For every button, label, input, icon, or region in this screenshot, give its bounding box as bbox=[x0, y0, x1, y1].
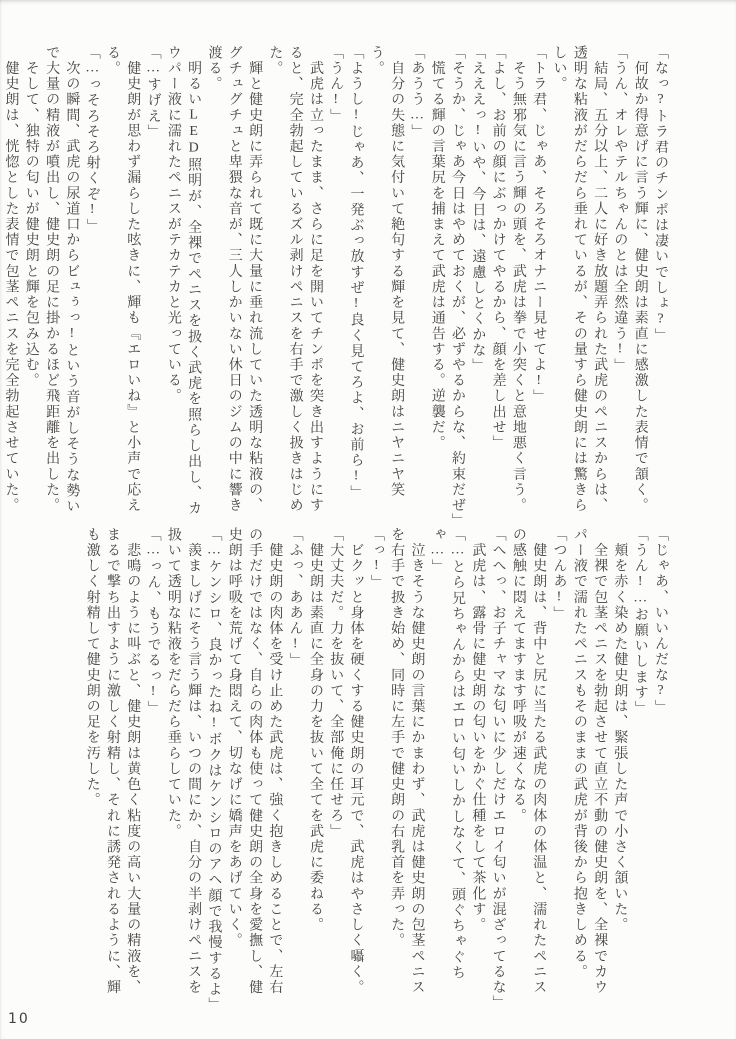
paragraph: 全裸で包茎ペニスを勃起させて直立不動の健史朗を、全裸でカウパー液で濡れたペニスも… bbox=[569, 527, 610, 1008]
paragraph: 「大丈夫だ。力を抜いて、全部俺に任せろ」 bbox=[325, 527, 345, 1008]
paragraph: 慌てる輝の言葉尻を捕まえて武虎は通告する。逆襲だ。 bbox=[426, 45, 446, 525]
paragraph: 「…すげえ」 bbox=[142, 45, 162, 525]
paragraph: 「つんあ!」 bbox=[548, 527, 568, 1008]
paragraph: 「うん!」 bbox=[325, 45, 345, 525]
paragraph: ビクッと身体を硬くする健史朗の耳元で、武虎はやさしく囁く。 bbox=[345, 527, 365, 1008]
paragraph: 「…っそろそろ射くぞ!」 bbox=[81, 45, 101, 525]
paragraph: 明るいLED照明が、全裸でペニスを扱く武虎を照らし出し、カウパー液に濡れたペニス… bbox=[163, 45, 204, 525]
text-block-top: 「なっ?トラ君のチンポは凄いでしょ?」 何故か得意げに言う輝に、健史朗は素直に感… bbox=[0, 45, 670, 525]
paragraph: 「じゃあ、いいんだな?」 bbox=[650, 527, 670, 1008]
paragraph: 健史朗は素直に全身の力を抜いて全てを武虎に委ねる。 bbox=[305, 527, 325, 1008]
paragraph: 「…とら兄ちゃんからはエロい匂いしかしなくて、頭ぐちゃぐちゃ…」 bbox=[426, 527, 467, 1008]
paragraph: 自分の失態に気付いて絶句する輝を見て、健史朗はニヤニヤ笑う。 bbox=[366, 45, 407, 525]
paragraph: 健史朗の肉体を受け止めた武虎は、強く抱きしめることで、左右の手だけではなく、自ら… bbox=[223, 527, 284, 1008]
paragraph: 羨ましげにそう言う輝は、いつの間にか、自分の半剥けペニスを扱いて透明な粘液をだら… bbox=[163, 527, 204, 1008]
paragraph: 健史朗は、背中と尻に当たる武虎の肉体の体温と、濡れたペニスの感触に悶えてますます… bbox=[508, 527, 549, 1008]
paragraph: 「…ケンシロ、良かったね!ボクはケンシロのアヘ顔で我慢するよ」 bbox=[203, 527, 223, 1008]
paragraph: 「ようし!じゃあ、一発ぶっ放すぜ!良く見てろよ、お前ら!」 bbox=[345, 45, 365, 525]
paragraph: 「へへっ、お子チャマな匂いに少しだけエロイ匂いが混ざってるな」 bbox=[487, 527, 507, 1008]
paragraph: 泣きそうな健史朗の言葉にかまわず、武虎は健史朗の包茎ペニスを右手で扱き始め、同時… bbox=[386, 527, 427, 1008]
document-page: 「なっ?トラ君のチンポは凄いでしょ?」 何故か得意げに言う輝に、健史朗は素直に感… bbox=[0, 0, 736, 1039]
text-block-bottom: 「じゃあ、いいんだな?」 「うん!…お願いします」 頬を赤く染めた健史朗は、緊張… bbox=[81, 527, 670, 1008]
paragraph: 健史朗は、恍惚とした表情で包茎ペニスを完全勃起させていた。 bbox=[0, 45, 20, 525]
paragraph: 結局、五分以上、二人に好き放題弄られた武虎のペニスからは、透明な粘液がだらだら垂… bbox=[548, 45, 609, 525]
paragraph: 「よし、お前の顔にぶっかけてやるから、顔を差し出せ」 bbox=[487, 45, 507, 525]
paragraph: 頬を赤く染めた健史朗は、緊張した声で小さく頷いた。 bbox=[609, 527, 629, 1008]
paragraph: 健史朗が思わず漏らした呟きに、輝も『エロいね』と小声で応える。 bbox=[102, 45, 143, 525]
paragraph: 「トラ君、じゃあ、そろそろオナニー見せてよ!」 bbox=[528, 45, 548, 525]
paragraph: 「うん、オレやテルちゃんのとは全然違う!」 bbox=[609, 45, 629, 525]
paragraph: そして、独特の匂いが健史朗と輝を包み込む。 bbox=[21, 45, 41, 525]
paragraph: 「っ!」 bbox=[366, 527, 386, 1008]
paragraph: 「そうか、じゃあ今日はやめておくが、必ずやるからな、約束だぜ」 bbox=[447, 45, 467, 525]
paragraph: 武虎は、露骨に健史朗の匂いをかぐ仕種をして茶化す。 bbox=[467, 527, 487, 1008]
paragraph: 「なっ?トラ君のチンポは凄いでしょ?」 bbox=[650, 45, 670, 525]
paragraph: 次の瞬間、武虎の尿道口からビュぅっ!という音がしそうな勢いで大量の精液が噴出し、… bbox=[41, 45, 82, 525]
paragraph: 「あうう…」 bbox=[406, 45, 426, 525]
paragraph: 「うん!…お願いします」 bbox=[629, 527, 649, 1008]
page-number: 10 bbox=[8, 1011, 30, 1027]
paragraph: 「…っん、もうでるっ!」 bbox=[142, 527, 162, 1008]
paragraph: 輝と健史朗に弄られて既に大量に垂れ流していた透明な粘液の、グチュグチュと卑猥な音… bbox=[203, 45, 264, 525]
paragraph: 悲鳴のように叫ぶと、健史朗は黄色く粘度の高い大量の精液を、まるで撃ち出すように激… bbox=[81, 527, 142, 1008]
paragraph: 武虎は立ったまま、さらに足を開いてチンポを突き出すようにすると、完全勃起している… bbox=[264, 45, 325, 525]
paragraph: 「えええっ!いや、今日は、遠慮しとくかな」 bbox=[467, 45, 487, 525]
paragraph: 「ふっ、ああん!」 bbox=[284, 527, 304, 1008]
paragraph: 何故か得意げに言う輝に、健史朗は素直に感激した表情で頷く。 bbox=[629, 45, 649, 525]
paragraph: そう無邪気に言う輝の頭を、武虎は拳で小突くと意地悪く言う。 bbox=[508, 45, 528, 525]
